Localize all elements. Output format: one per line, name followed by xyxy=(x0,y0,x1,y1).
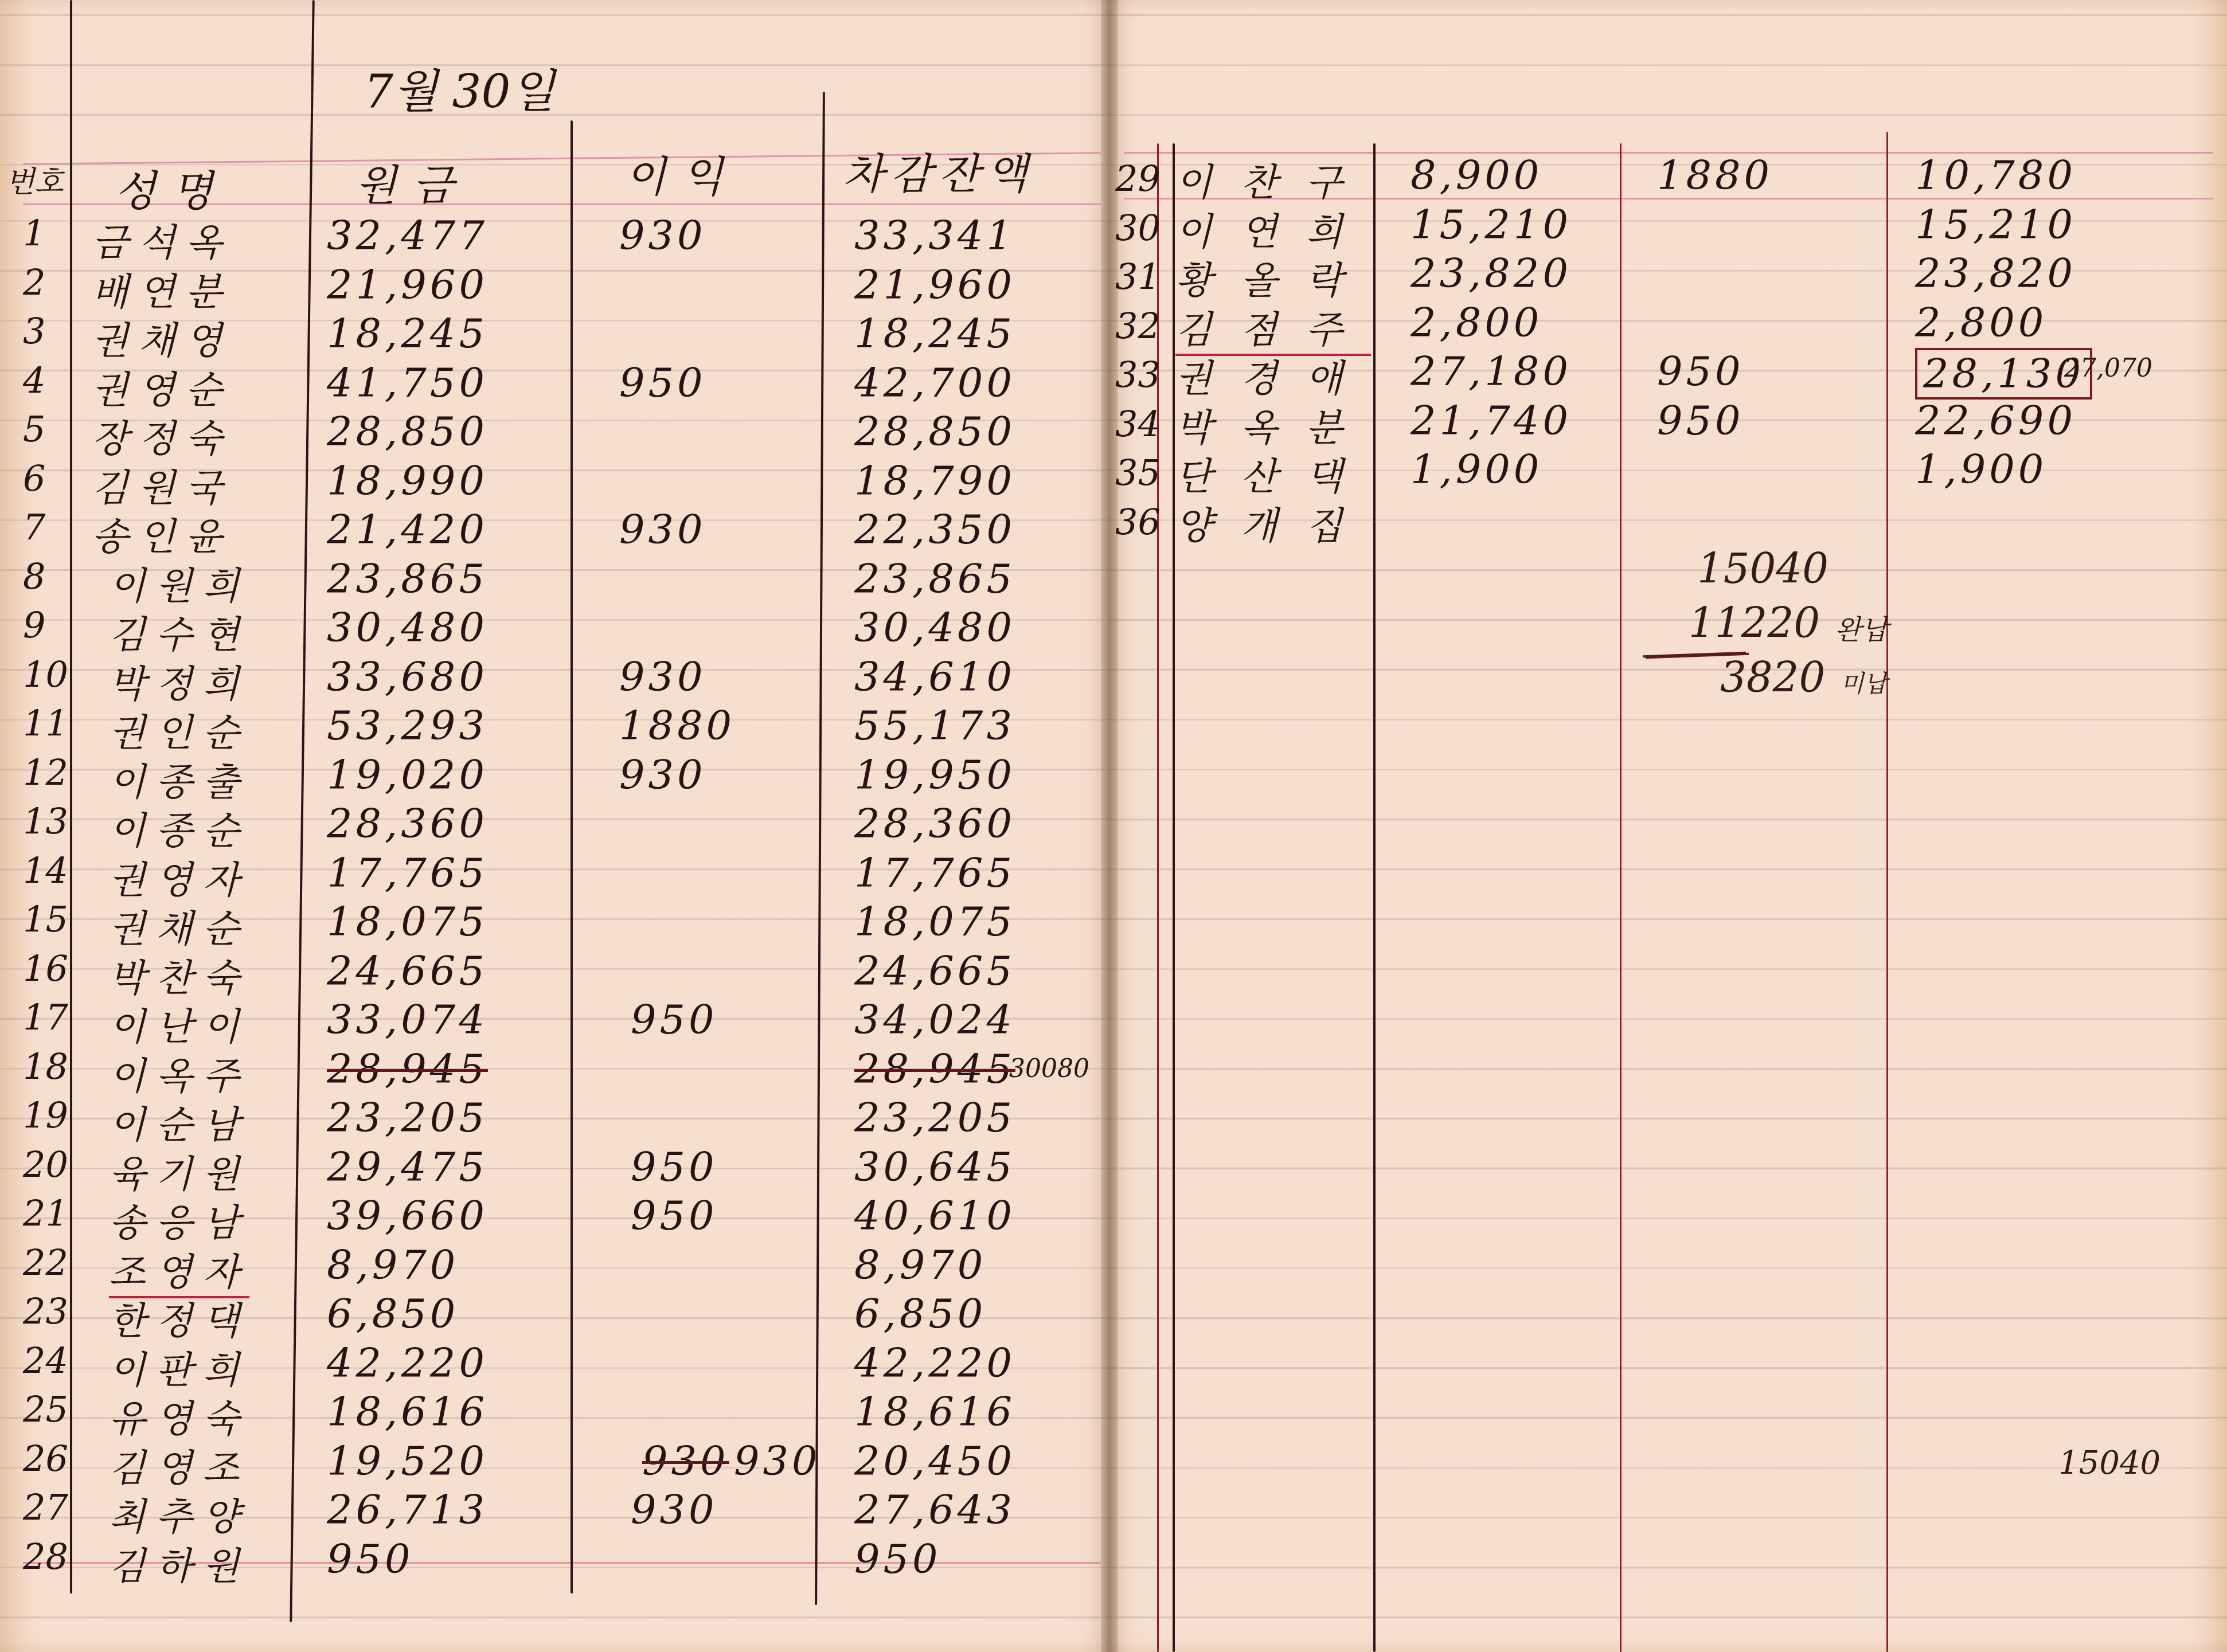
row-number: 26 xyxy=(23,1438,68,1479)
row-principal: 8,900 xyxy=(1411,152,1542,199)
row-principal: 21,740 xyxy=(1411,397,1572,444)
row-number: 35 xyxy=(1115,452,1161,494)
row-number: 4 xyxy=(23,359,45,401)
row-principal: 18,245 xyxy=(327,310,488,357)
row-number: 31 xyxy=(1115,256,1161,297)
row-principal: 26,713 xyxy=(327,1486,488,1533)
calc-total: 15040 xyxy=(1697,545,1829,593)
row-number: 29 xyxy=(1115,158,1161,199)
row-interest: 950 xyxy=(619,359,706,406)
row-name: 유영숙 xyxy=(109,1388,249,1443)
row-number: 34 xyxy=(1115,403,1161,445)
row-number: 14 xyxy=(23,850,68,891)
row-number: 11 xyxy=(23,702,68,744)
row-number: 24 xyxy=(23,1340,68,1381)
row-principal: 1,900 xyxy=(1411,446,1542,493)
row-interest: 930 xyxy=(619,212,706,259)
row-principal: 41,750 xyxy=(327,359,488,406)
column-divider xyxy=(1620,143,1622,1652)
row-name: 조영자 xyxy=(109,1242,249,1298)
row-principal: 27,180 xyxy=(1411,348,1572,395)
row-principal: 21,420 xyxy=(327,506,488,553)
row-principal: 28,945 xyxy=(327,1046,488,1093)
calc-remaining-label: 미납 xyxy=(1841,665,1887,699)
row-interest: 930 xyxy=(734,1438,821,1485)
row-balance: 42,700 xyxy=(854,359,1015,406)
row-balance: 24,665 xyxy=(854,948,1015,995)
row-balance: 19,950 xyxy=(854,751,1015,798)
row-principal: 19,520 xyxy=(327,1438,488,1485)
row-name: 양개집 xyxy=(1175,495,1371,550)
row-balance: 2,800 xyxy=(1915,299,2047,346)
row-principal: 17,765 xyxy=(327,850,488,897)
row-name: 권영순 xyxy=(92,359,232,414)
row-balance: 23,820 xyxy=(1915,250,2076,297)
row-balance: 28,360 xyxy=(854,800,1015,847)
row-number: 25 xyxy=(23,1388,68,1430)
row-principal: 32,477 xyxy=(327,212,488,259)
row-name: 김수현 xyxy=(109,604,249,659)
row-number: 6 xyxy=(23,457,45,499)
row-principal: 950 xyxy=(327,1536,414,1583)
row-name: 박옥분 xyxy=(1175,397,1371,452)
row-number: 17 xyxy=(23,996,68,1038)
row-name: 이종출 xyxy=(109,751,249,806)
row-number: 20 xyxy=(23,1144,68,1185)
row-name: 육기원 xyxy=(109,1144,249,1198)
row-name: 단산댁 xyxy=(1175,446,1371,500)
row-number: 23 xyxy=(23,1290,68,1332)
row-number: 2 xyxy=(23,261,45,303)
row-balance: 21,960 xyxy=(854,261,1015,308)
row-principal: 28,850 xyxy=(327,408,488,455)
row-number: 7 xyxy=(23,506,45,548)
row-interest: 950 xyxy=(1657,397,1744,444)
row-name: 한정댁 xyxy=(109,1290,249,1345)
row-balance: 8,970 xyxy=(854,1242,986,1289)
ledger-date: 7월 30일 xyxy=(364,54,555,120)
row-balance: 30,645 xyxy=(854,1144,1015,1191)
header-name: 성명 xyxy=(115,158,229,218)
row-balance: 34,024 xyxy=(854,996,1015,1043)
calc-paid-label: 완납 xyxy=(1835,608,1888,647)
row-balance: 17,765 xyxy=(854,850,1015,897)
row-balance: 22,350 xyxy=(854,506,1015,553)
row-number: 32 xyxy=(1115,305,1161,347)
row-number: 21 xyxy=(23,1192,68,1234)
row-principal: 23,205 xyxy=(327,1094,488,1141)
row-interest: 1880 xyxy=(619,702,735,749)
row-balance: 10,780 xyxy=(1915,152,2076,199)
row-principal: 24,665 xyxy=(327,948,488,995)
row-balance: 18,245 xyxy=(854,310,1015,357)
row-name: 김하원 xyxy=(109,1536,249,1590)
row-principal: 53,293 xyxy=(327,702,488,749)
row-principal: 30,480 xyxy=(327,604,488,651)
row-name: 이난이 xyxy=(109,996,249,1051)
row-balance: 42,220 xyxy=(854,1340,1015,1387)
row-number: 5 xyxy=(23,408,45,450)
corner-note: 15040 xyxy=(2058,1444,2160,1482)
row-name: 권채순 xyxy=(109,898,249,953)
calc-paid: 11220 xyxy=(1689,599,1820,647)
row-principal: 15,210 xyxy=(1411,201,1572,248)
row-balance: 33,341 xyxy=(854,212,1015,259)
row-principal: 28,360 xyxy=(327,800,488,847)
row-number: 30 xyxy=(1115,207,1161,249)
row-name: 최추양 xyxy=(109,1486,249,1541)
row-balance: 15,210 xyxy=(1915,201,2076,248)
row-principal: 19,020 xyxy=(327,751,488,798)
row-number: 13 xyxy=(23,800,68,842)
calc-remaining: 3820 xyxy=(1720,653,1825,702)
row-name: 이순남 xyxy=(109,1094,249,1149)
row-balance: 55,173 xyxy=(854,702,1015,749)
column-divider xyxy=(1373,143,1376,1652)
row-principal: 6,850 xyxy=(327,1290,459,1337)
row-balance: 40,610 xyxy=(854,1192,1015,1239)
row-principal: 29,475 xyxy=(327,1144,488,1191)
column-divider xyxy=(1886,132,1888,1652)
row-balance: 1,900 xyxy=(1915,446,2047,493)
row-interest: 930 xyxy=(631,1486,718,1533)
row-name: 배연분 xyxy=(92,261,232,316)
row-interest: 930 xyxy=(619,653,706,700)
header-balance: 차감잔액 xyxy=(843,140,1034,201)
row-number: 3 xyxy=(23,310,45,352)
header-interest: 이익 xyxy=(625,143,739,204)
row-balance: 950 xyxy=(854,1536,941,1583)
row-principal: 23,820 xyxy=(1411,250,1572,297)
row-balance: 18,075 xyxy=(854,898,1015,945)
row-name: 송인윤 xyxy=(92,506,232,561)
row-note: 30080 xyxy=(1009,1054,1089,1083)
row-principal: 33,680 xyxy=(327,653,488,700)
row-name: 이원희 xyxy=(109,555,249,610)
row-number: 10 xyxy=(23,653,68,695)
row-interest: 950 xyxy=(1657,348,1744,395)
column-divider xyxy=(571,120,573,1594)
row-number: 28 xyxy=(23,1536,68,1577)
row-balance: 18,790 xyxy=(854,457,1015,504)
row-interest: 930 xyxy=(619,506,706,553)
row-number: 22 xyxy=(23,1242,68,1283)
row-name: 장정숙 xyxy=(92,408,232,463)
row-principal: 39,660 xyxy=(327,1192,488,1239)
row-name: 김원국 xyxy=(92,457,232,512)
column-divider xyxy=(1173,143,1175,1652)
row-number: 8 xyxy=(23,555,45,597)
row-interest-struck: 930 xyxy=(642,1438,729,1485)
row-principal: 18,616 xyxy=(327,1388,488,1435)
row-name: 이판희 xyxy=(109,1340,249,1394)
row-name: 박정희 xyxy=(109,653,249,708)
row-name: 박찬숙 xyxy=(109,948,249,1002)
row-number: 36 xyxy=(1115,501,1161,543)
row-balance: 23,865 xyxy=(854,555,1015,602)
row-balance: 20,450 xyxy=(854,1438,1015,1485)
row-name: 황올락 xyxy=(1175,250,1371,304)
row-interest: 930 xyxy=(619,751,706,798)
row-name: 권채영 xyxy=(92,310,232,365)
row-name: 김영조 xyxy=(109,1438,249,1492)
row-principal: 18,990 xyxy=(327,457,488,504)
row-balance: 27,643 xyxy=(854,1486,1015,1533)
row-number: 18 xyxy=(23,1046,68,1087)
row-number: 19 xyxy=(23,1094,68,1136)
row-balance: 34,610 xyxy=(854,653,1015,700)
row-name: 금석옥 xyxy=(92,212,232,267)
row-name: 이연희 xyxy=(1175,201,1371,256)
row-name: 권영자 xyxy=(109,850,249,904)
row-balance: 22,690 xyxy=(1915,397,2076,444)
row-interest: 950 xyxy=(631,1192,718,1239)
row-principal: 8,970 xyxy=(327,1242,459,1289)
row-balance: 28,945 xyxy=(854,1046,1015,1093)
row-name: 김점주 xyxy=(1175,299,1371,356)
header-principal: 원금 xyxy=(355,152,470,213)
row-balance: 30,480 xyxy=(854,604,1015,651)
column-divider xyxy=(70,0,72,1594)
row-name: 송응남 xyxy=(109,1192,249,1247)
row-balance: 6,850 xyxy=(854,1290,986,1337)
row-balance: 28,850 xyxy=(854,408,1015,455)
row-number: 9 xyxy=(23,604,45,646)
row-balance: 18,616 xyxy=(854,1388,1015,1435)
row-number: 27 xyxy=(23,1486,68,1528)
row-principal: 2,800 xyxy=(1411,299,1542,346)
row-number: 33 xyxy=(1115,354,1161,396)
row-name: 이옥주 xyxy=(109,1046,249,1100)
row-note: 27,070 xyxy=(2064,354,2152,383)
row-name: 이찬구 xyxy=(1175,152,1371,206)
row-principal: 21,960 xyxy=(327,261,488,308)
row-number: 1 xyxy=(23,212,45,254)
row-principal: 23,865 xyxy=(327,555,488,602)
row-name: 이종순 xyxy=(109,800,249,855)
row-principal: 33,074 xyxy=(327,996,488,1043)
row-interest: 1880 xyxy=(1657,152,1773,199)
header-number: 번호 xyxy=(6,158,63,201)
row-name: 권인순 xyxy=(109,702,249,757)
row-name: 권경애 xyxy=(1175,348,1371,402)
row-interest: 950 xyxy=(631,996,718,1043)
row-principal: 18,075 xyxy=(327,898,488,945)
row-number: 12 xyxy=(23,751,68,793)
row-interest: 950 xyxy=(631,1144,718,1191)
row-number: 15 xyxy=(23,898,68,940)
row-balance: 23,205 xyxy=(854,1094,1015,1141)
row-number: 16 xyxy=(23,948,68,989)
row-principal: 42,220 xyxy=(327,1340,488,1387)
